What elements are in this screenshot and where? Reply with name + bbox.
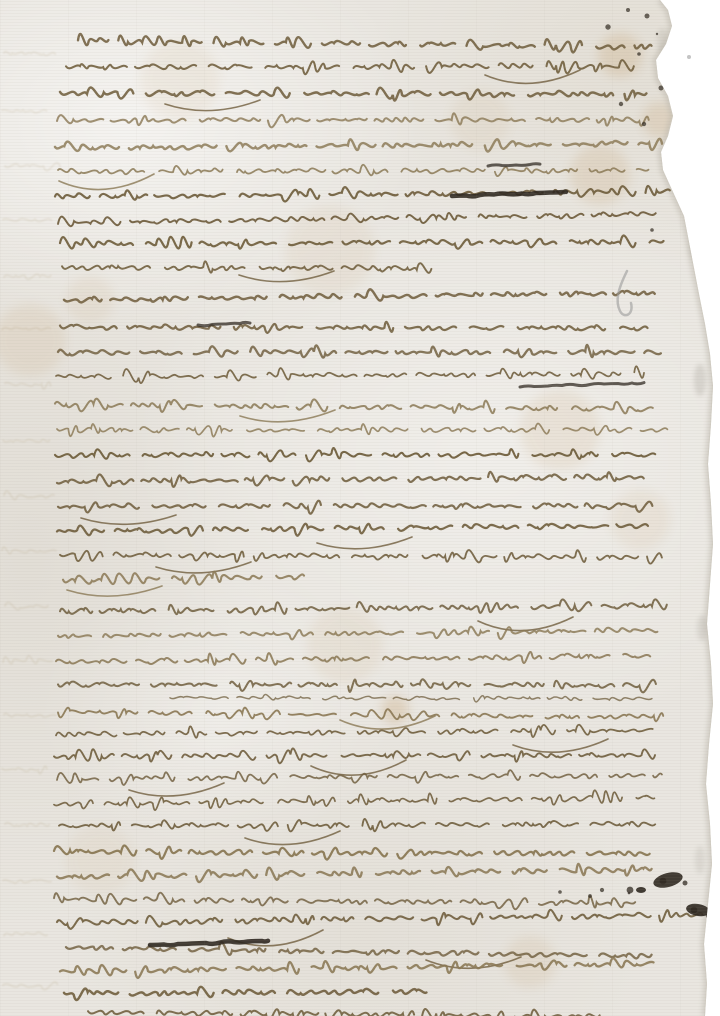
bleedthrough-ghost-layer (2, 52, 60, 990)
manuscript-page (0, 0, 720, 1016)
handwriting-layer (0, 0, 720, 1016)
scanner-background (0, 0, 720, 1016)
strikethrough-layer (150, 164, 644, 946)
stain-layer (0, 33, 678, 988)
